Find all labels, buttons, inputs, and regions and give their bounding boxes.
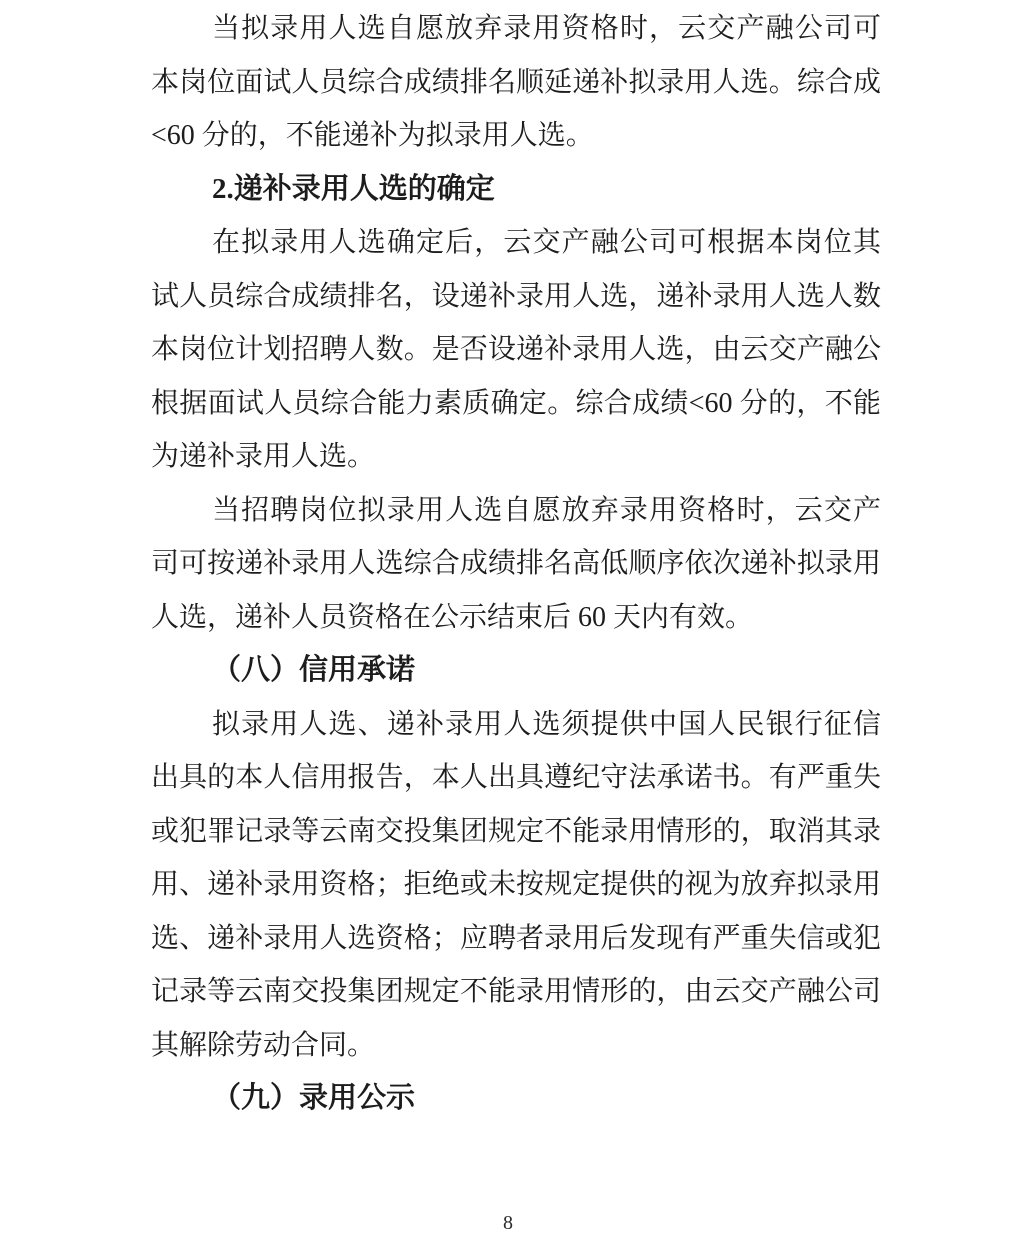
text-line: 为递补录用人选。	[151, 430, 881, 484]
paragraph: 当拟录用人选自愿放弃录用资格时，云交产融公司可根据本岗位面试人员综合成绩排名顺延…	[151, 2, 881, 163]
text-line: 在拟录用人选确定后，云交产融公司可根据本岗位其他面	[151, 216, 881, 270]
text-line: 出具的本人信用报告，本人出具遵纪守法承诺书。有严重失信	[151, 751, 881, 805]
heading-line: （八）信用承诺	[151, 644, 881, 698]
paragraph: 当招聘岗位拟录用人选自愿放弃录用资格时，云交产融公司可按递补录用人选综合成绩排名…	[151, 484, 881, 645]
text-line: 人选，递补人员资格在公示结束后 60 天内有效。	[151, 591, 881, 645]
text-line: 根据面试人员综合能力素质确定。综合成绩<60 分的，不能作	[151, 377, 881, 431]
heading: （八）信用承诺	[151, 644, 881, 698]
heading: 2.递补录用人选的确定	[151, 163, 881, 217]
heading-line: （九）录用公示	[151, 1072, 881, 1126]
text-line: 试人员综合成绩排名，设递补录用人选，递补录用人选人数≤	[151, 270, 881, 324]
document-body: 当拟录用人选自愿放弃录用资格时，云交产融公司可根据本岗位面试人员综合成绩排名顺延…	[151, 2, 881, 1126]
paragraph: 拟录用人选、递补录用人选须提供中国人民银行征信系统出具的本人信用报告，本人出具遵…	[151, 698, 881, 1073]
text-line: 拟录用人选、递补录用人选须提供中国人民银行征信系统	[151, 698, 881, 752]
text-line: 其解除劳动合同。	[151, 1019, 881, 1073]
text-line: 记录等云南交投集团规定不能录用情形的，由云交产融公司与	[151, 965, 881, 1019]
page-number: 8	[0, 1208, 1016, 1238]
text-line: 本岗位计划招聘人数。是否设递补录用人选，由云交产融公司	[151, 323, 881, 377]
text-line: 本岗位面试人员综合成绩排名顺延递补拟录用人选。综合成绩	[151, 56, 881, 110]
document-page: 当拟录用人选自愿放弃录用资格时，云交产融公司可根据本岗位面试人员综合成绩排名顺延…	[0, 0, 1016, 1243]
heading-line: 2.递补录用人选的确定	[151, 163, 881, 217]
heading: （九）录用公示	[151, 1072, 881, 1126]
paragraph: 在拟录用人选确定后，云交产融公司可根据本岗位其他面试人员综合成绩排名，设递补录用…	[151, 216, 881, 484]
text-line: 当招聘岗位拟录用人选自愿放弃录用资格时，云交产融公	[151, 484, 881, 538]
text-line: 用、递补录用资格；拒绝或未按规定提供的视为放弃拟录用人	[151, 858, 881, 912]
text-line: 司可按递补录用人选综合成绩排名高低顺序依次递补拟录用	[151, 537, 881, 591]
text-line: 当拟录用人选自愿放弃录用资格时，云交产融公司可根据	[151, 2, 881, 56]
text-line: 或犯罪记录等云南交投集团规定不能录用情形的，取消其录	[151, 805, 881, 859]
text-line: 选、递补录用人选资格；应聘者录用后发现有严重失信或犯罪	[151, 912, 881, 966]
text-line: <60 分的，不能递补为拟录用人选。	[151, 109, 881, 163]
